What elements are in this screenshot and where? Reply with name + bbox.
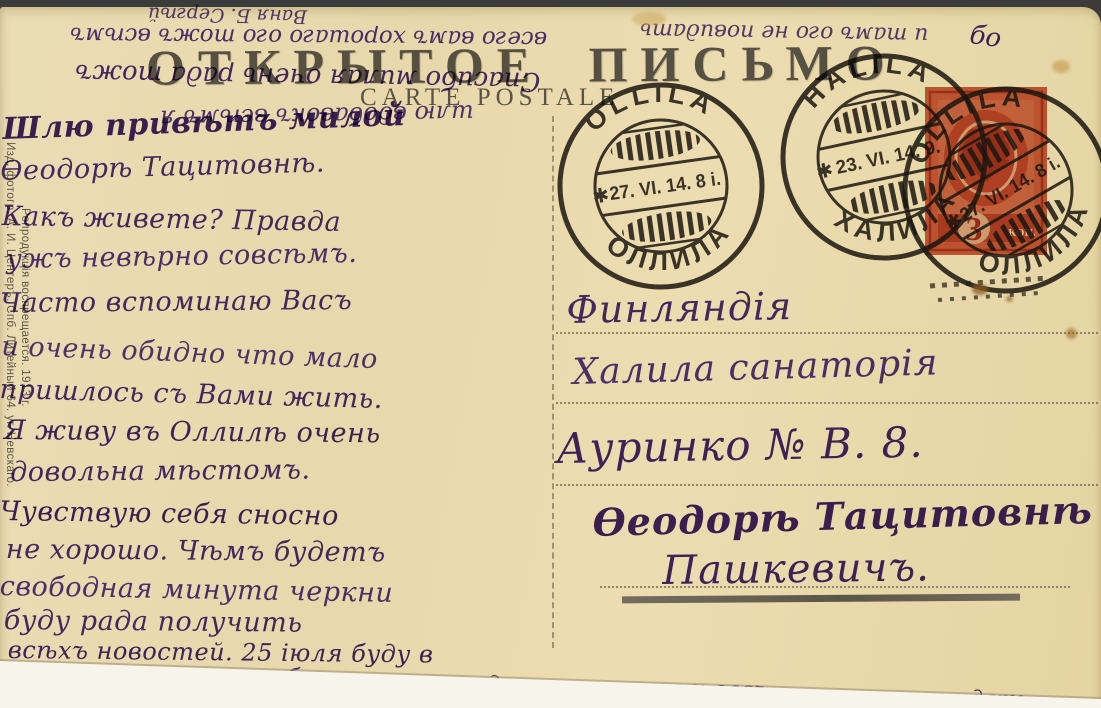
message-line: не хорошо. Чѣмъ будетъ: [6, 534, 386, 568]
message-line: Чувствую себя сносно: [0, 496, 339, 532]
address-line-house: Ауринко № В. 8.: [556, 418, 924, 473]
message-line: Какъ живете? Правда: [1, 201, 341, 238]
top-note: шлю вдобавокъ всѣмъ я: [160, 99, 474, 132]
address-line-surname: Пашкевичъ.: [662, 544, 930, 594]
top-note: всего вамъ хорошаго ого тожъ всѣмъ: [70, 22, 547, 52]
message-line: буду рада получить: [4, 605, 303, 639]
postcard-scan: ОТКРЫТОЕ ПИСЬМО CARTE POSTALE Изд. фотог…: [0, 0, 1101, 708]
stain: [1006, 296, 1013, 302]
postmark-ollila-left: OLLILA ОЛЛИЛА ✱ 27. VI. 14. 8 i.: [546, 65, 775, 301]
message-line: довольна мѣстомъ.: [10, 454, 311, 488]
stain: [972, 284, 988, 295]
stain: [1066, 328, 1077, 339]
top-note: и тамъ ого не повидать: [640, 17, 929, 47]
top-note-mark: бо: [968, 20, 1003, 54]
address-line-country: Финляндія: [566, 284, 793, 332]
message-line: ужъ невѣрно совсѣмъ.: [6, 238, 358, 275]
message-line: Я живу въ Оллилѣ очень: [4, 415, 381, 449]
postmark-star: ✱: [814, 157, 835, 184]
message-line: Часто вспоминаю Васъ: [0, 285, 352, 319]
stain: [632, 12, 666, 26]
stain: [1052, 60, 1070, 73]
